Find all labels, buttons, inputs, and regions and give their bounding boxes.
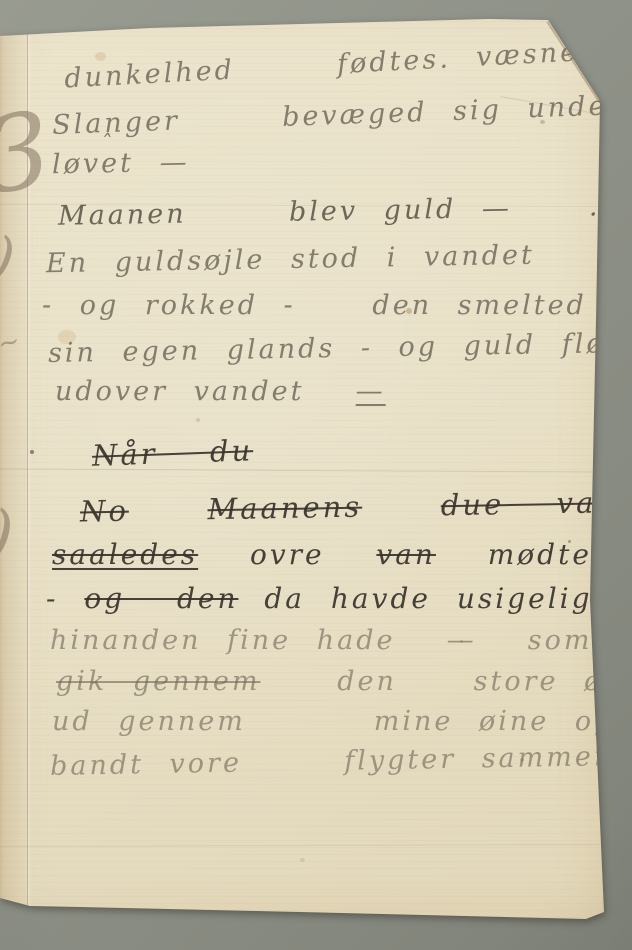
handwritten-line: No Maanens due va <box>80 485 597 528</box>
handwritten-line: saaledes ovre van mødtes <box>52 538 609 571</box>
handwritten-line: dunkelhed fødtes. væsnen — <box>64 33 632 95</box>
handwritten-line: gik gennem den store øine <box>56 666 632 697</box>
struck-out-text: saaledes <box>52 538 198 571</box>
struck-out-text: No <box>80 494 129 529</box>
handwritten-text: da havde usigelige <box>238 582 612 615</box>
struck-out-text: Når du <box>91 433 253 473</box>
handwritten-text: Maanen blev guld — ‥ <box>58 191 610 232</box>
handwritten-text <box>362 488 441 523</box>
handwritten-line: ud gennem mine øine og <box>52 706 614 737</box>
struck-out-text: Maanens <box>207 490 362 527</box>
text-layer: dunkelhed fødtes. væsnen —Slanger bevæge… <box>0 0 606 924</box>
handwritten-text <box>129 492 208 527</box>
handwritten-text: Slanger bevæged sig under <box>52 90 624 141</box>
handwritten-text: - <box>46 582 84 615</box>
handwritten-text: løvet — <box>52 147 190 180</box>
handwritten-line: Slanger bevæged sig under <box>52 90 624 141</box>
struck-out-text: van <box>376 538 436 571</box>
struck-out-text: og den <box>84 582 238 615</box>
handwritten-text: — <box>356 376 386 407</box>
handwritten-line: løvet — <box>52 147 190 180</box>
handwritten-line: Maanen blev guld — ‥ <box>58 191 610 232</box>
handwritten-line: Når du <box>91 433 253 473</box>
handwritten-line: - og den da havde usigelige <box>46 582 612 615</box>
struck-out-text: due va <box>441 485 597 522</box>
caret-insertion-mark: ˆ <box>100 132 114 157</box>
handwritten-line: sin egen glands - og guld flød <box>48 328 626 369</box>
handwritten-text: bandt vore flygter sammen <box>50 741 615 782</box>
handwritten-line: hinanden fine hade — som <box>50 625 593 656</box>
handwritten-line: udover vandet — <box>55 376 386 407</box>
handwritten-line: En guldsøjle stod i vandet <box>46 240 535 280</box>
handwritten-text: udover vandet <box>55 376 356 407</box>
handwritten-text: den store øine <box>260 666 632 697</box>
handwritten-text: hinanden fine hade — som <box>50 625 593 656</box>
photo-of-manuscript: 3)∼) dunkelhed fødtes. væsnen —Slanger b… <box>0 0 632 950</box>
manuscript-page: 3)∼) dunkelhed fødtes. væsnen —Slanger b… <box>0 0 606 924</box>
handwritten-text: mødtes <box>436 538 609 571</box>
handwritten-line: - og rokked - den smelted af <box>42 290 632 321</box>
handwritten-text: En guldsøjle stod i vandet <box>46 240 535 280</box>
paper-shadow-wrap: 3)∼) dunkelhed fødtes. væsnen —Slanger b… <box>0 0 632 950</box>
handwritten-text: ud gennem mine øine og <box>52 706 614 737</box>
struck-out-text: gik gennem <box>56 666 260 697</box>
handwritten-text: dunkelhed fødtes. væsnen — <box>64 33 632 95</box>
handwritten-text: sin egen glands - og guld flød <box>48 328 626 369</box>
handwritten-text: - og rokked - den smelted af <box>42 290 632 321</box>
handwritten-text: ovre <box>198 538 376 571</box>
handwritten-line: bandt vore flygter sammen <box>50 741 615 782</box>
